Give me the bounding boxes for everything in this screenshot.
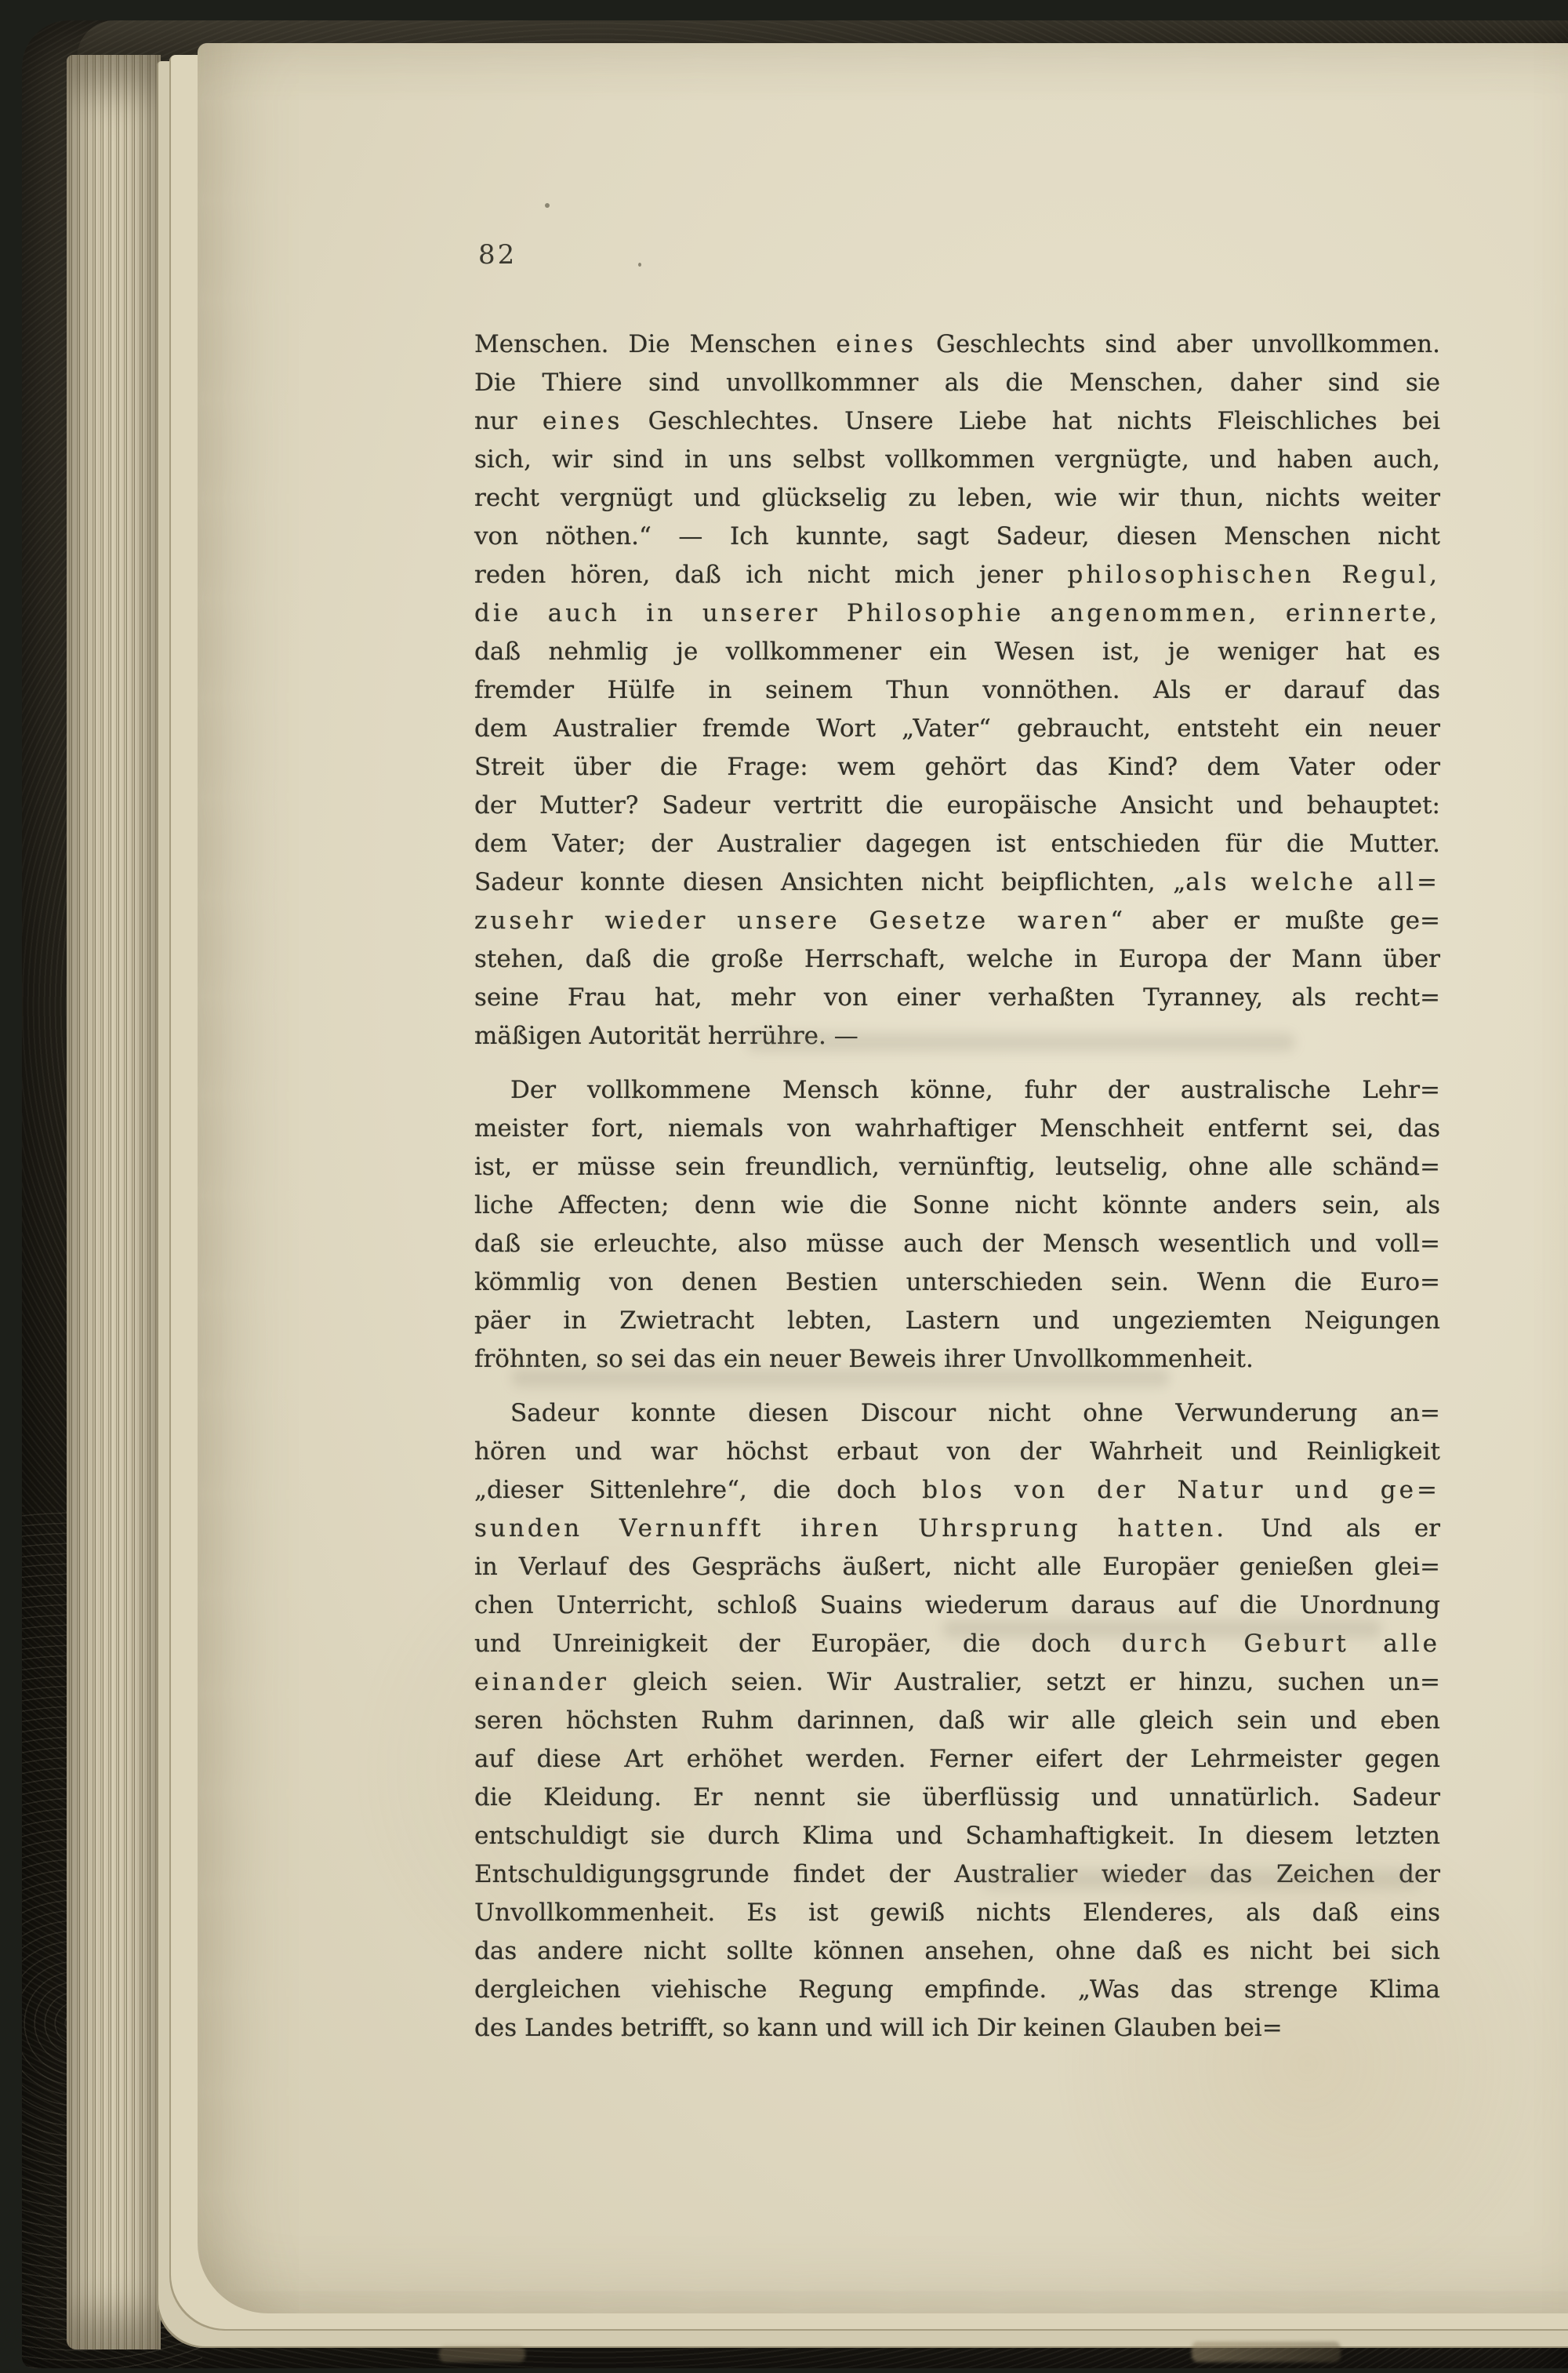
text-line: hören und war höchst erbaut von der Wahr…: [474, 1433, 1440, 1471]
text-line: chen Unterricht, schloß Suains wiederum …: [474, 1586, 1440, 1625]
text-line: liche Affecten; denn wie die Sonne nicht…: [474, 1186, 1440, 1225]
letterspaced-text: blos von der Natur und ge=: [922, 1476, 1440, 1504]
letterspaced-text: eines: [836, 330, 916, 358]
text-segment: chen Unterricht, schloß Suains wiederum …: [474, 1591, 1440, 1619]
text-line: stehen, daß die große Herrschaft, welche…: [474, 940, 1440, 979]
text-line: das andere nicht sollte können ansehen, …: [474, 1932, 1440, 1971]
text-segment: daß nehmlig je vollkommener ein Wesen is…: [474, 638, 1440, 666]
text-segment: dem Australier fremde Wort „Vater“ gebra…: [474, 714, 1440, 743]
text-segment: „dieser Sittenlehre“, die doch: [474, 1476, 922, 1504]
book-scan: 82 Menschen. Die Menschen eines Geschlec…: [0, 0, 1568, 2373]
text-line: von nöthen.“ — Ich kunnte, sagt Sadeur, …: [474, 518, 1440, 556]
text-line: entschuldigt sie durch Klima und Schamha…: [474, 1817, 1440, 1855]
text-segment: Und als er: [1227, 1514, 1440, 1543]
text-segment: kömmlig von denen Bestien unterschieden …: [474, 1268, 1440, 1296]
text-line: Sadeur konnte diesen Discour nicht ohne …: [474, 1394, 1440, 1433]
text-line: die auch in unserer Philosophie angenomm…: [474, 594, 1440, 633]
text-segment: mäßigen Autorität herrühre. —: [474, 1022, 858, 1050]
text-line: Entschuldigungsgrunde findet der Austral…: [474, 1855, 1440, 1894]
text-segment: Sadeur konnte diesen Discour nicht ohne …: [510, 1399, 1440, 1427]
text-segment: liche Affecten; denn wie die Sonne nicht…: [474, 1191, 1440, 1219]
text-segment: stehen, daß die große Herrschaft, welche…: [474, 945, 1440, 973]
text-line: daß nehmlig je vollkommener ein Wesen is…: [474, 633, 1440, 671]
text-line: der Mutter? Sadeur vertritt die europäis…: [474, 787, 1440, 825]
text-segment: Menschen. Die Menschen: [474, 330, 836, 358]
text-line: recht vergnügt und glückselig zu leben, …: [474, 479, 1440, 518]
body-text: Menschen. Die Menschen eines Geschlechts…: [474, 325, 1440, 2048]
text-line: sunden Vernunfft ihren Uhrsprung hatten.…: [474, 1510, 1440, 1548]
text-segment: die Kleidung. Er nennt sie überflüssig u…: [474, 1783, 1440, 1812]
text-line: seine Frau hat, mehr von einer verhaßten…: [474, 979, 1440, 1017]
text-segment: und Unreinigkeit der Europäer, die doch: [474, 1630, 1122, 1658]
text-line: die Kleidung. Er nennt sie überflüssig u…: [474, 1779, 1440, 1817]
text-line: einander gleich seien. Wir Australier, s…: [474, 1663, 1440, 1702]
text-segment: Geschlechtes. Unsere Liebe hat nichts Fl…: [622, 407, 1440, 435]
text-segment: Unvollkommenheit. Es ist gewiß nichts El…: [474, 1899, 1440, 1927]
text-line: zusehr wieder unsere Gesetze waren“ aber…: [474, 902, 1440, 940]
text-segment: Der vollkommene Mensch könne, fuhr der a…: [510, 1076, 1440, 1104]
letterspaced-text: eines: [543, 407, 623, 435]
text-line: Die Thiere sind unvollkommner als die Me…: [474, 364, 1440, 402]
text-segment: das andere nicht sollte können ansehen, …: [474, 1937, 1440, 1965]
text-line: Sadeur konnte diesen Ansichten nicht bei…: [474, 863, 1440, 902]
text-line: päer in Zwietracht lebten, Lastern und u…: [474, 1302, 1440, 1340]
text-segment: seren höchsten Ruhm darinnen, daß wir al…: [474, 1706, 1440, 1735]
text-line: dem Australier fremde Wort „Vater“ gebra…: [474, 710, 1440, 748]
text-line: reden hören, daß ich nicht mich jener ph…: [474, 556, 1440, 594]
text-line: sich, wir sind in uns selbst vollkommen …: [474, 441, 1440, 479]
text-segment: reden hören, daß ich nicht mich jener: [474, 561, 1068, 589]
text-line: Unvollkommenheit. Es ist gewiß nichts El…: [474, 1894, 1440, 1932]
text-segment: nur: [474, 407, 543, 435]
letterspaced-text: durch Geburt alle: [1122, 1630, 1440, 1658]
text-line: mäßigen Autorität herrühre. —: [474, 1017, 1440, 1056]
letterspaced-text: die auch in unserer Philosophie angenomm…: [474, 599, 1440, 627]
text-line: Menschen. Die Menschen eines Geschlechts…: [474, 325, 1440, 364]
text-line: fröhnten, so sei das ein neuer Beweis ih…: [474, 1340, 1440, 1379]
text-segment: dergleichen viehische Regung empfinde. „…: [474, 1975, 1440, 2004]
text-line: daß sie erleuchte, also müsse auch der M…: [474, 1225, 1440, 1263]
text-line: dem Vater; der Australier dagegen ist en…: [474, 825, 1440, 863]
text-segment: päer in Zwietracht lebten, Lastern und u…: [474, 1306, 1440, 1335]
text-segment: in Verlauf des Gesprächs äußert, nicht a…: [474, 1553, 1440, 1581]
text-line: Streit über die Frage: wem gehört das Ki…: [474, 748, 1440, 787]
text-line: seren höchsten Ruhm darinnen, daß wir al…: [474, 1702, 1440, 1740]
text-line: meister fort, niemals von wahrhaftiger M…: [474, 1110, 1440, 1148]
text-segment: auf diese Art erhöhet werden. Ferner eif…: [474, 1745, 1440, 1773]
letterspaced-text: zusehr wieder unsere Gesetze waren“: [474, 907, 1126, 935]
letterspaced-text: einander: [474, 1668, 609, 1696]
text-segment: recht vergnügt und glückselig zu leben, …: [474, 484, 1440, 512]
dust-speck: [638, 263, 641, 267]
text-segment: des Landes betrifft, so kann und will ic…: [474, 2014, 1283, 2042]
page-edge-stack: [67, 55, 161, 2349]
text-segment: entschuldigt sie durch Klima und Schamha…: [474, 1822, 1440, 1850]
text-line: „dieser Sittenlehre“, die doch blos von …: [474, 1471, 1440, 1510]
text-line: kömmlig von denen Bestien unterschieden …: [474, 1263, 1440, 1302]
text-segment: der Mutter? Sadeur vertritt die europäis…: [474, 791, 1440, 819]
text-segment: dem Vater; der Australier dagegen ist en…: [474, 830, 1440, 858]
text-segment: sich, wir sind in uns selbst vollkommen …: [474, 445, 1440, 474]
text-line: fremder Hülfe in seinem Thun vonnöthen. …: [474, 671, 1440, 710]
text-segment: ist, er müsse sein freundlich, vernünfti…: [474, 1153, 1440, 1181]
text-segment: daß sie erleuchte, also müsse auch der M…: [474, 1230, 1440, 1258]
text-segment: meister fort, niemals von wahrhaftiger M…: [474, 1114, 1440, 1143]
text-segment: hören und war höchst erbaut von der Wahr…: [474, 1437, 1440, 1466]
text-line: ist, er müsse sein freundlich, vernünfti…: [474, 1148, 1440, 1186]
page-number: 82: [478, 239, 517, 271]
text-line: nur eines Geschlechtes. Unsere Liebe hat…: [474, 402, 1440, 441]
text-segment: Geschlechts sind aber unvollkommen.: [916, 330, 1440, 358]
dust-speck: [545, 203, 550, 208]
text-line: dergleichen viehische Regung empfinde. „…: [474, 1971, 1440, 2009]
text-segment: Die Thiere sind unvollkommner als die Me…: [474, 369, 1440, 397]
text-line: und Unreinigkeit der Europäer, die doch …: [474, 1625, 1440, 1663]
text-line: des Landes betrifft, so kann und will ic…: [474, 2009, 1440, 2048]
text-segment: fröhnten, so sei das ein neuer Beweis ih…: [474, 1345, 1254, 1373]
letterspaced-text: sunden Vernunfft ihren Uhrsprung hatten.: [474, 1514, 1227, 1543]
letterspaced-text: als welche all=: [1185, 868, 1440, 896]
text-segment: Streit über die Frage: wem gehört das Ki…: [474, 753, 1440, 781]
text-segment: gleich seien. Wir Australier, setzt er h…: [609, 1668, 1440, 1696]
text-segment: von nöthen.“ — Ich kunnte, sagt Sadeur, …: [474, 522, 1440, 551]
letterspaced-text: philosophischen Regul,: [1068, 561, 1441, 589]
text-segment: Sadeur konnte diesen Ansichten nicht bei…: [474, 868, 1185, 896]
text-segment: seine Frau hat, mehr von einer verhaßten…: [474, 983, 1440, 1012]
text-line: in Verlauf des Gesprächs äußert, nicht a…: [474, 1548, 1440, 1586]
text-segment: fremder Hülfe in seinem Thun vonnöthen. …: [474, 676, 1440, 704]
text-segment: Entschuldigungsgrunde findet der Austral…: [474, 1860, 1440, 1888]
text-segment: aber er mußte ge=: [1126, 907, 1440, 935]
text-line: auf diese Art erhöhet werden. Ferner eif…: [474, 1740, 1440, 1779]
text-line: Der vollkommene Mensch könne, fuhr der a…: [474, 1071, 1440, 1110]
book-page: 82 Menschen. Die Menschen eines Geschlec…: [198, 43, 1568, 2313]
